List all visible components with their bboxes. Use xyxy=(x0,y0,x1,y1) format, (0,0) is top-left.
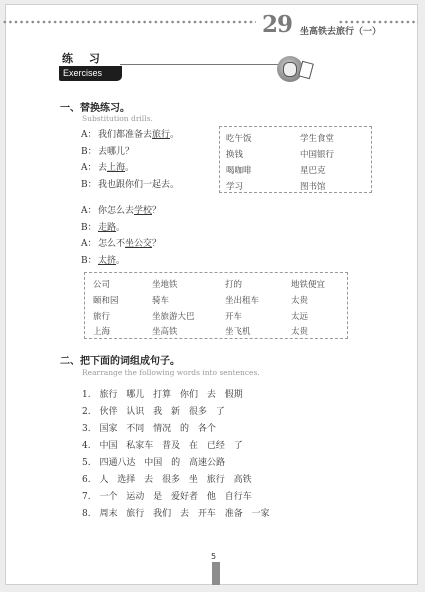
mascot-face xyxy=(283,62,297,77)
box-cell: 坐出租车 xyxy=(225,294,259,306)
section2-title: 二、把下面的词组成句子。 xyxy=(60,352,180,367)
box-cell: 星巴克 xyxy=(300,164,326,176)
box-cell: 颐和园 xyxy=(93,294,119,306)
dialogue-line: A：我们都准备去旅行。 xyxy=(81,127,179,144)
box-cell: 开车 xyxy=(225,310,242,322)
page-number-tab xyxy=(212,562,220,585)
sentence-item: 8. 周末 旅行 我们 去 开车 准备 一家 xyxy=(82,506,270,519)
dialogue-line: B：太挤。 xyxy=(81,253,161,270)
sentence-item: 4. 中国 私家车 普及 在 已经 了 xyxy=(82,438,243,451)
dialogue-line: B：去哪儿？ xyxy=(81,144,179,161)
box-cell: 太远 xyxy=(291,310,308,322)
box-cell: 太贵 xyxy=(291,325,308,337)
box-cell: 换钱 xyxy=(226,148,243,160)
box-cell: 太贵 xyxy=(291,294,308,306)
box-cell: 公司 xyxy=(93,278,110,290)
box-cell: 坐高铁 xyxy=(152,325,178,337)
box-cell: 坐旅游大巴 xyxy=(152,310,195,322)
dialogue-1: A：我们都准备去旅行。 B：去哪儿？ A：去上海。 B：我也跟你们一起去。 xyxy=(81,127,179,193)
box-cell: 地铁便宜 xyxy=(291,278,325,290)
dialogue-line: A：去上海。 xyxy=(81,160,179,177)
page-number: 5 xyxy=(211,552,216,561)
box-cell: 学生食堂 xyxy=(300,132,334,144)
dialogue-line: A：怎么不坐公交？ xyxy=(81,236,161,253)
exercises-heading-chinese: 练 习 xyxy=(62,50,106,66)
box-cell: 学习 xyxy=(226,180,243,192)
substitution-box-2: 公司 坐地铁 打的 地铁便宜 颐和园 骑车 坐出租车 太贵 旅行 坐旅游大巴 开… xyxy=(84,272,348,339)
dialogue-line: B：我也跟你们一起去。 xyxy=(81,177,179,194)
box-cell: 骑车 xyxy=(152,294,169,306)
sentence-item: 2. 伙伴 认识 我 新 很多 了 xyxy=(82,404,225,417)
box-cell: 旅行 xyxy=(93,310,110,322)
box-cell: 上海 xyxy=(93,325,110,337)
dialogue-2: A：你怎么去学校？ B：走路。 A：怎么不坐公交？ B：太挤。 xyxy=(81,203,161,269)
box-cell: 坐地铁 xyxy=(152,278,178,290)
sentence-item: 5. 四通八达 中国 的 高速公路 xyxy=(82,455,225,468)
lesson-title: 坐高铁去旅行（一） xyxy=(300,24,381,37)
section2-subtitle: Rearrange the following words into sente… xyxy=(82,368,260,377)
exercises-badge: Exercises xyxy=(59,66,122,81)
box-cell: 中国银行 xyxy=(300,148,334,160)
section1-subtitle: Substitution drills. xyxy=(82,114,153,123)
sentence-item: 3. 国家 不同 情况 的 各个 xyxy=(82,421,216,434)
section1-title: 一、替换练习。 xyxy=(60,99,130,114)
sentence-item: 7. 一个 运动 是 爱好者 他 自行车 xyxy=(82,489,252,502)
box-cell: 坐飞机 xyxy=(225,325,251,337)
box-cell: 图书馆 xyxy=(300,180,326,192)
sentence-item: 6. 人 选择 去 很多 坐 旅行 高铁 xyxy=(82,472,252,485)
dialogue-line: B：走路。 xyxy=(81,220,161,237)
box-cell: 喝咖啡 xyxy=(226,164,252,176)
box-cell: 打的 xyxy=(225,278,242,290)
header-dotted-rule-left xyxy=(2,20,256,24)
box-cell: 吃午饭 xyxy=(226,132,252,144)
lesson-number: 29 xyxy=(262,11,292,38)
substitution-box-1: 吃午饭 学生食堂 换钱 中国银行 喝咖啡 星巴克 学习 图书馆 xyxy=(219,126,372,193)
dialogue-line: A：你怎么去学校？ xyxy=(81,203,161,220)
heading-rule xyxy=(120,64,280,65)
sentence-item: 1. 旅行 哪儿 打算 你们 去 假期 xyxy=(82,387,243,400)
